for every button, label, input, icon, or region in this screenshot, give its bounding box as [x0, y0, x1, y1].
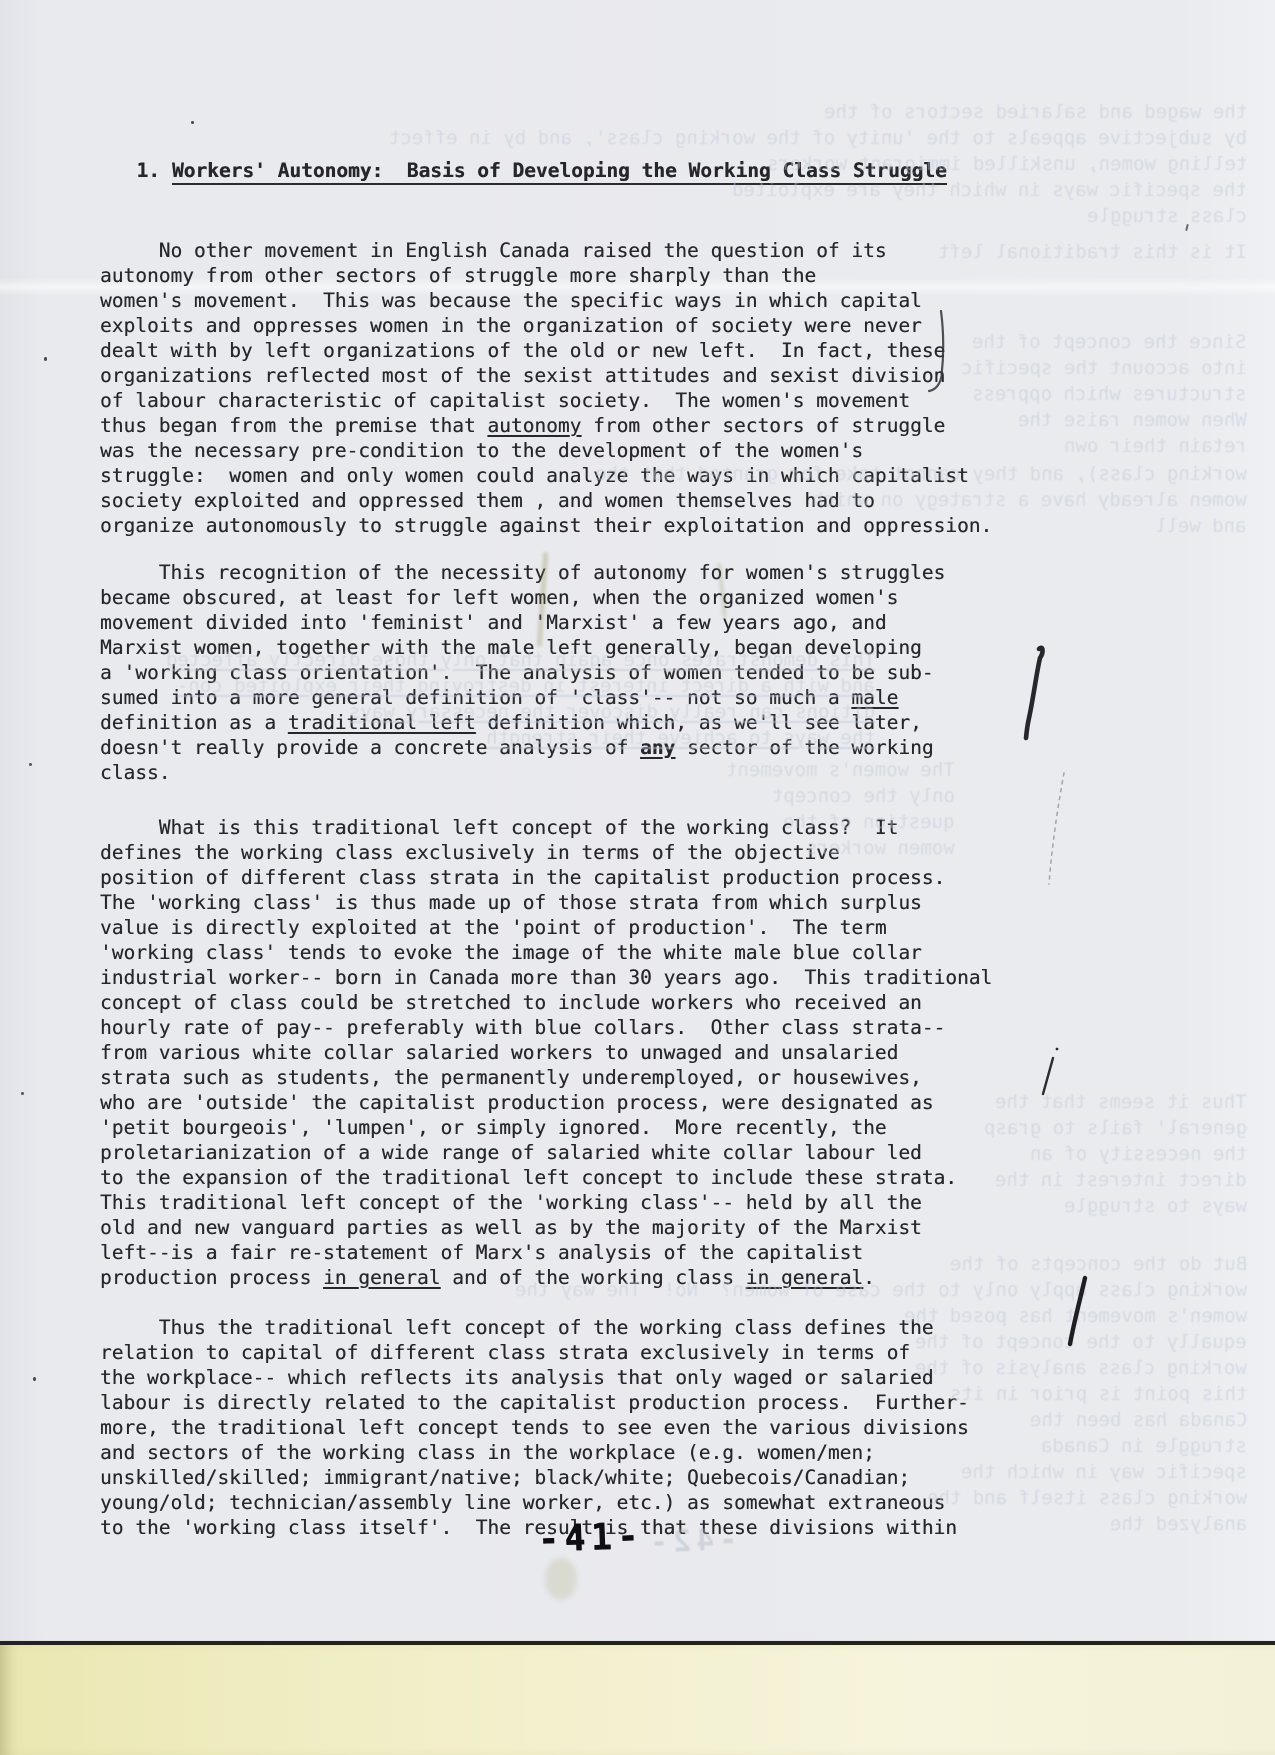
- text-line: relation to capital of different class s…: [100, 1340, 1180, 1365]
- text-line: defines the working class exclusively in…: [100, 840, 1180, 865]
- text-line: the workplace-- which reflects its analy…: [100, 1365, 1180, 1390]
- text-line: who are 'outside' the capitalist product…: [100, 1090, 1180, 1115]
- ink-speck: [44, 357, 47, 361]
- text-line: organizations reflected most of the sexi…: [100, 363, 1180, 388]
- text-line: from various white collar salaried worke…: [100, 1040, 1180, 1065]
- text-line: 'petit bourgeois', 'lumpen', or simply i…: [100, 1115, 1180, 1140]
- text-line: organize autonomously to struggle agains…: [100, 513, 1180, 538]
- text-line: society exploited and oppressed them , a…: [100, 488, 1180, 513]
- text-line: doesn't really provide a concrete analys…: [100, 735, 1180, 760]
- body-paragraphs: No other movement in English Canada rais…: [100, 238, 1180, 1540]
- text-line: 'working class' tends to evoke the image…: [100, 940, 1180, 965]
- text-line: This recognition of the necessity of aut…: [100, 560, 1180, 585]
- paragraph: No other movement in English Canada rais…: [100, 238, 1180, 538]
- text-line: No other movement in English Canada rais…: [100, 238, 1180, 263]
- text-line: This traditional left concept of the 'wo…: [100, 1190, 1180, 1215]
- ink-speck: [1185, 224, 1189, 231]
- text-line: old and new vanguard parties as well as …: [100, 1215, 1180, 1240]
- text-line: Marxist women, together with the male le…: [100, 635, 1180, 660]
- ink-speck: [191, 121, 194, 124]
- text-line: position of different class strata in th…: [100, 865, 1180, 890]
- text-line: struggle: women and only women could ana…: [100, 463, 1180, 488]
- section-heading: 1.Workers' Autonomy: Basis of Developing…: [66, 133, 1180, 208]
- backing-sheet: [0, 1645, 1275, 1755]
- text-line: industrial worker-- born in Canada more …: [100, 965, 1180, 990]
- text-line: concept of class could be stretched to i…: [100, 990, 1180, 1015]
- text-line: proletarianization of a wide range of sa…: [100, 1140, 1180, 1165]
- text-line: and sectors of the working class in the …: [100, 1440, 1180, 1465]
- paragraph: This recognition of the necessity of aut…: [100, 560, 1180, 785]
- text-line: Thus the traditional left concept of the…: [100, 1315, 1180, 1340]
- bleedthrough-text: the waged and salaried sectors of the: [824, 100, 1247, 125]
- text-line: autonomy from other sectors of struggle …: [100, 263, 1180, 288]
- text-line: strata such as students, the permanently…: [100, 1065, 1180, 1090]
- text-line: labour is directly related to the capita…: [100, 1390, 1180, 1415]
- section-number: 1.: [136, 159, 159, 182]
- text-line: definition as a traditional left definit…: [100, 710, 1180, 735]
- text-line: a 'working class orientation'. The analy…: [100, 660, 1180, 685]
- text-line: sumed into a more general definition of …: [100, 685, 1180, 710]
- ink-speck: [33, 1377, 36, 1381]
- ink-speck: [21, 1092, 24, 1095]
- text-line: women's movement. This was because the s…: [100, 288, 1180, 313]
- text-line: thus began from the premise that autonom…: [100, 413, 1180, 438]
- text-line: dealt with by left organizations of the …: [100, 338, 1180, 363]
- text-line: young/old; technician/assembly line work…: [100, 1490, 1180, 1515]
- text-line: to the expansion of the traditional left…: [100, 1165, 1180, 1190]
- handwritten-page-number: -41-: [537, 1515, 644, 1562]
- text-line: exploits and oppresses women in the orga…: [100, 313, 1180, 338]
- text-line: The 'working class' is thus made up of t…: [100, 890, 1180, 915]
- scanned-page: 1.Workers' Autonomy: Basis of Developing…: [0, 0, 1275, 1755]
- text-line: became obscured, at least for left women…: [100, 585, 1180, 610]
- text-line: of labour characteristic of capitalist s…: [100, 388, 1180, 413]
- paragraph: Thus the traditional left concept of the…: [100, 1315, 1180, 1540]
- text-line: hourly rate of pay-- preferably with blu…: [100, 1015, 1180, 1040]
- text-line: What is this traditional left concept of…: [100, 815, 1180, 840]
- text-line: movement divided into 'feminist' and 'Ma…: [100, 610, 1180, 635]
- paper-stain: [545, 1558, 577, 1600]
- text-line: unskilled/skilled; immigrant/native; bla…: [100, 1465, 1180, 1490]
- typed-text-block: 1.Workers' Autonomy: Basis of Developing…: [100, 133, 1180, 1540]
- paragraph: What is this traditional left concept of…: [100, 815, 1180, 1290]
- ink-speck: [29, 763, 32, 766]
- text-line: was the necessary pre-condition to the d…: [100, 438, 1180, 463]
- text-line: value is directly exploited at the 'poin…: [100, 915, 1180, 940]
- text-line: more, the traditional left concept tends…: [100, 1415, 1180, 1440]
- text-line: left--is a fair re-statement of Marx's a…: [100, 1240, 1180, 1265]
- text-line: production process in general and of the…: [100, 1265, 1180, 1290]
- text-line: class.: [100, 760, 1180, 785]
- section-title: Workers' Autonomy: Basis of Developing t…: [172, 159, 947, 185]
- bleedthrough-page-number: -42-: [644, 1522, 737, 1560]
